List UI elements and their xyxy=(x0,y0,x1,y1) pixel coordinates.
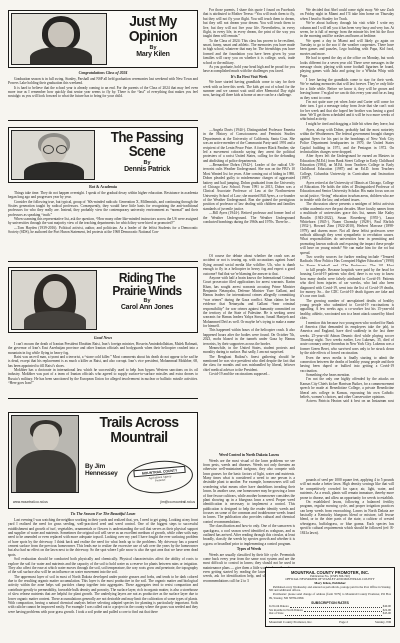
byline-author: Mary Kilen xyxy=(109,51,197,58)
carol-ann-jones-photo xyxy=(11,270,97,330)
section-heading: Congratulations Class of 2024 xyxy=(8,71,198,76)
col4-lawn-continuation: pounds of seed per 1000 square feet, app… xyxy=(300,478,394,562)
col3-patrick-bios: —Angela Davis (1944-). Distinguished Pro… xyxy=(203,128,295,252)
section-divider xyxy=(8,261,198,262)
masthead-footer: Mountrail County Promoter, Inc. Page 2 S… xyxy=(269,618,391,624)
dot-leader xyxy=(285,615,382,616)
body-paragraphs: pounds of seed per 1000 square feet, app… xyxy=(300,478,394,535)
just-my-opinion-title: Just My Opinion By Mary Kilen xyxy=(109,15,197,58)
passing-scene-body: Rot & Academia Things take time. They do… xyxy=(8,185,198,259)
col3-kilen-continuation: For those parents, I share this quote I … xyxy=(203,8,295,126)
body-paragraphs: Graduation season is in full swing. Stan… xyxy=(8,77,198,99)
trails-byline: By Jim Hennessey xyxy=(85,463,125,477)
section-heading: Tis The Season For The Beautiful Lawn xyxy=(8,512,198,517)
body-paragraphs: Ayers, along with Dohrn, probably had th… xyxy=(300,128,394,266)
body-paragraphs: For those parents, I share this quote I … xyxy=(203,8,295,74)
byline-author: Hennessey xyxy=(85,470,125,477)
section-divider xyxy=(8,398,198,399)
column-title-line2: Opinion xyxy=(113,30,194,45)
dot-leader xyxy=(290,607,382,608)
dennis-patrick-photo xyxy=(11,130,95,180)
dot-leader xyxy=(304,611,382,612)
column-title-line1: The Passing xyxy=(101,131,193,145)
section-heading: Good News xyxy=(8,336,198,341)
byline-by: By Jim xyxy=(85,463,125,470)
body-paragraphs: We decided that Abel could come right aw… xyxy=(300,8,394,126)
mountrail-county-stamp: MOUNTRAIL COUNTY Agricultural Agency Pro… xyxy=(126,458,195,496)
website-link: www.mountrail.co.nd.us xyxy=(13,500,48,504)
footer-right: Stanley, ND xyxy=(375,620,391,624)
rate-label: Out of State xyxy=(269,612,284,616)
column-title-line2: Scene xyxy=(101,145,193,159)
trails-mountrail-title: Trails Across Mountrail xyxy=(81,416,197,445)
trails-mountrail-body: Tis The Season For The Beautiful Lawn La… xyxy=(8,512,198,643)
masthead-para2: Postmaster: please send change of addres… xyxy=(269,593,391,600)
body-paragraphs: Weeds are the most visual of the lawn pr… xyxy=(203,459,295,547)
jim-hennessey-photo xyxy=(11,415,79,493)
footer-left: Mountrail County Promoter, Inc. xyxy=(269,620,312,624)
body-paragraphs: —Angela Davis (1944-). Distinguished Pro… xyxy=(203,128,295,224)
just-my-opinion-header: Just My Opinion By Mary Kilen xyxy=(8,10,198,68)
trails-mountrail-header: Trails Across Mountrail By Jim Hennessey… xyxy=(8,412,198,509)
col4-jones-continuation: to kill people. Because hospitals were p… xyxy=(300,268,394,402)
body-paragraphs: Of course the debate about whether the c… xyxy=(203,254,295,377)
passing-scene-title: The Passing Scene By Dennis Patrick xyxy=(97,131,197,173)
section-heading: Rot & Academia xyxy=(8,185,198,190)
body-paragraphs: I can’t mourn the death of Iranian Presi… xyxy=(8,342,198,386)
col4-patrick-continuation: Ayers, along with Dohrn, probably had th… xyxy=(300,128,394,266)
col4-kilen-continuation: We decided that Abel could come right aw… xyxy=(300,8,394,126)
prairie-winds-body: Good News I can’t mourn the death of Ira… xyxy=(8,336,198,396)
body-paragraphs: We have started having grandkids come to… xyxy=(203,80,295,98)
trails-links: www.mountrail.co.nd.us jim@co.mountrail.… xyxy=(13,500,195,504)
masthead-box: MOUNTRAIL COUNTY PROMOTER, INC. Publicat… xyxy=(265,567,395,627)
prairie-winds-title: Riding The Prairie Winds By Carol Ann Jo… xyxy=(97,272,197,311)
column-title-line2: Mountrail xyxy=(86,431,193,446)
column-title-line2: Prairie Winds xyxy=(101,285,193,298)
byline-author: Carol Ann Jones xyxy=(97,304,197,311)
just-my-opinion-body: Congratulations Class of 2024 Graduation… xyxy=(8,71,198,118)
subsection-heading: Weed Control in North Dakota Lawns xyxy=(203,453,295,458)
rate-row: Out of State $45.00 xyxy=(269,612,391,616)
subsection-heading: Types of Weeds xyxy=(203,547,295,552)
body-paragraphs: Things take time. They do not happen ove… xyxy=(8,191,198,235)
email-link: jim@co.mountrail.nd.us xyxy=(161,500,196,504)
rate-value: $45.00 xyxy=(383,612,391,616)
col3-jones-continuation: Of course the debate about whether the c… xyxy=(203,254,295,396)
mary-kilen-photo xyxy=(11,13,107,65)
passing-scene-header: The Passing Scene By Dennis Patrick xyxy=(8,127,198,183)
body-paragraphs: Last evening I was watching the neighbor… xyxy=(8,518,198,614)
byline-author: Dennis Patrick xyxy=(97,166,197,173)
body-paragraphs: to kill people. Because hospitals were p… xyxy=(300,268,394,402)
footer-page-number: Page 2 xyxy=(339,620,348,624)
section-divider xyxy=(8,120,198,121)
prairie-winds-header: Riding The Prairie Winds By Carol Ann Jo… xyxy=(8,267,198,333)
subsection-heading: It’s Da First Visit Week xyxy=(203,75,295,80)
